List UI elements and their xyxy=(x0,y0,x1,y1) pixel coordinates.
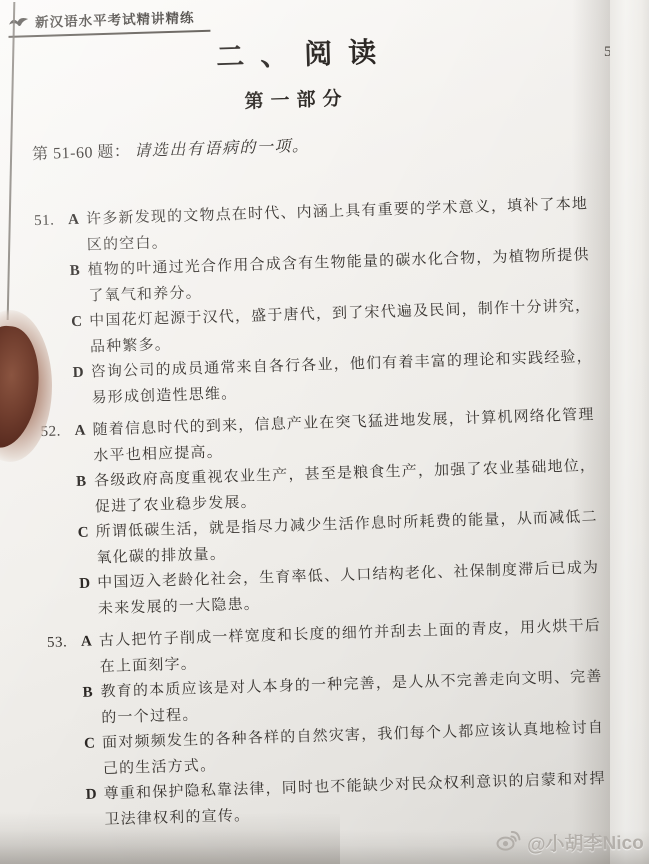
publisher-bird-logo-icon xyxy=(8,14,30,29)
bottom-left-shade xyxy=(0,812,340,864)
option-list: A 古人把竹子削成一样宽度和长度的细竹并刮去上面的青皮，用火烘干后在上面刻字。 … xyxy=(81,614,619,834)
option-label: B xyxy=(69,259,89,311)
option-label: C xyxy=(84,731,104,783)
instruction-text: 请选出有语病的一项。 xyxy=(134,138,309,160)
option-label: A xyxy=(68,208,88,260)
part-title: 第一部分 xyxy=(196,82,397,115)
book-series-title: 新汉语水平考试精讲精练 xyxy=(35,6,195,31)
option-label: B xyxy=(76,469,96,521)
option-label: A xyxy=(74,418,94,470)
question-51: 51. A 许多新发现的文物点在时代、内涵上具有重要的学术意义，填补了本地区的空… xyxy=(34,192,606,413)
watermark: @小胡李Nico xyxy=(496,827,644,858)
question-list: 51. A 许多新发现的文物点在时代、内涵上具有重要的学术意义，填补了本地区的空… xyxy=(34,192,619,835)
book-header: 新汉语水平考试精讲精练 xyxy=(8,6,211,38)
option-label: A xyxy=(81,629,101,681)
option-label: C xyxy=(77,520,97,572)
book-page-photo: 54. A B C D 55. 56. 5 新汉语水平考试精讲精练 二、阅读 第… xyxy=(0,0,649,864)
page-content: 新汉语水平考试精讲精练 二、阅读 第一部分 第 51-60 题： 请选出有语病的… xyxy=(4,2,604,20)
option-label: D xyxy=(79,571,99,623)
question-52: 52. A 随着信息时代的到来，信息产业在突飞猛进地发展，计算机网络化管理水平也… xyxy=(40,403,612,624)
option-label: B xyxy=(82,680,102,732)
question-53: 53. A 古人把竹子削成一样宽度和长度的细竹并刮去上面的青皮，用火烘干后在上面… xyxy=(47,614,619,835)
page-edge-line xyxy=(7,2,16,320)
option-label: C xyxy=(71,310,91,362)
weibo-icon xyxy=(496,829,522,857)
section-title: 二、阅读 xyxy=(175,29,426,77)
option-list: A 随着信息时代的到来，信息产业在突飞猛进地发展，计算机网络化管理水平也相应提高… xyxy=(74,403,612,623)
option-label: D xyxy=(72,361,92,413)
instruction-line: 第 51-60 题： 请选出有语病的一项。 xyxy=(32,133,310,164)
watermark-handle: @小胡李Nico xyxy=(527,827,644,856)
option-list: A 许多新发现的文物点在时代、内涵上具有重要的学术意义，填补了本地区的空白。 B… xyxy=(68,192,606,412)
instruction-range: 第 51-60 题： xyxy=(32,143,131,163)
